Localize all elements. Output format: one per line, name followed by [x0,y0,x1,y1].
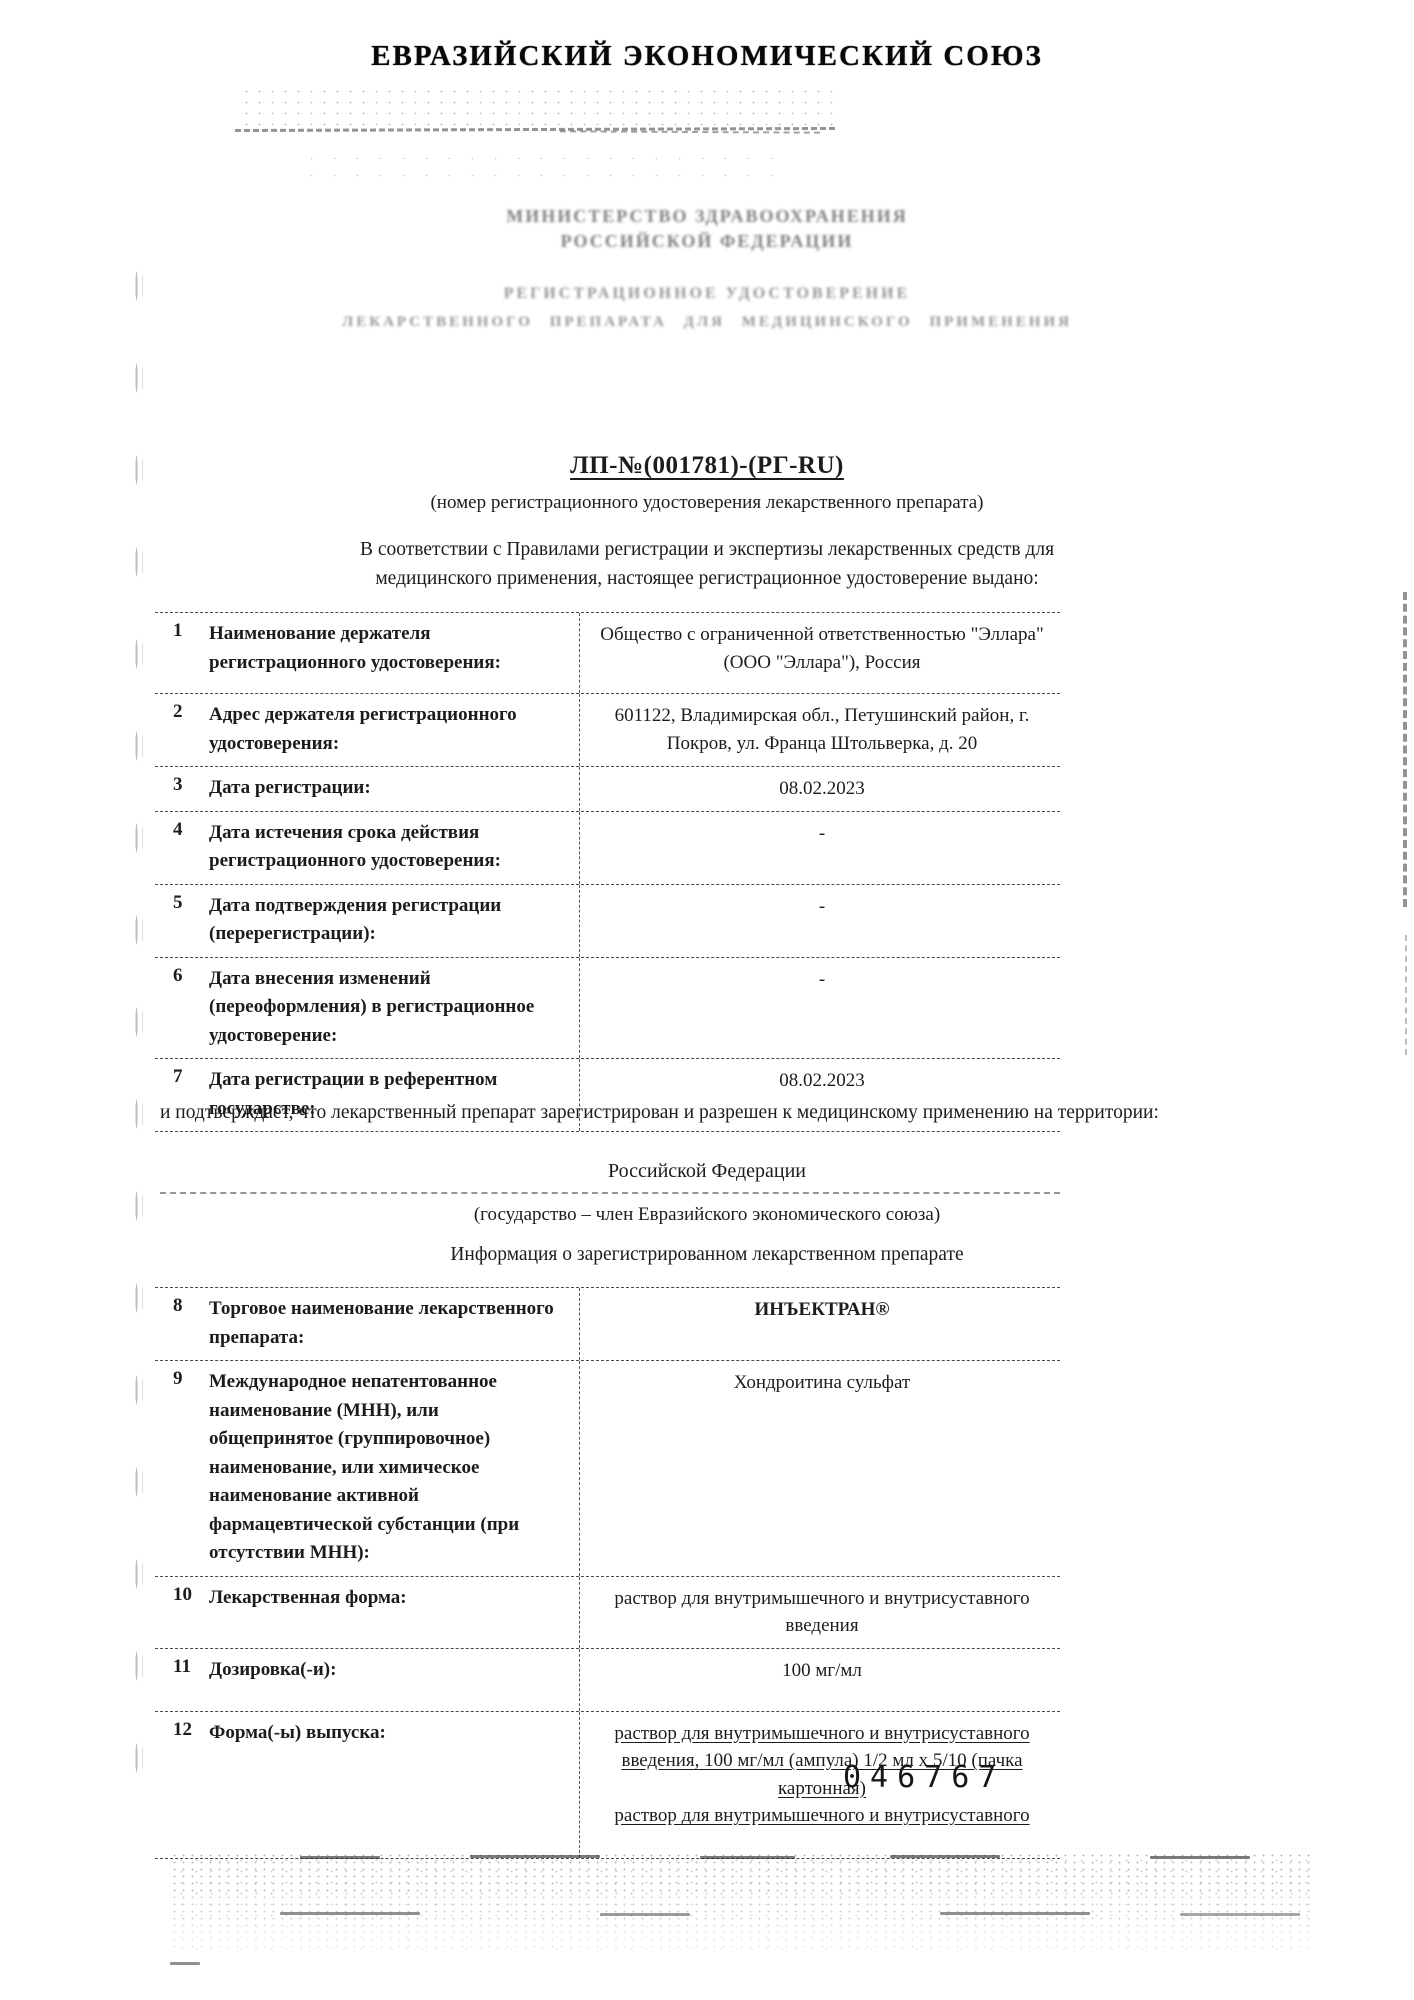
intro-paragraph: В соответствии с Правилами регистрации и… [302,535,1112,594]
table-row: 2 Адрес держателя регистрационного удост… [155,694,1060,767]
stamp-noise-dash [470,1855,600,1858]
row-value: 08.02.2023 [579,767,1060,811]
release-form-value-continued: раствор для внутримышечного и внутрисуст… [594,1802,1050,1830]
info-section-heading: Информация о зарегистрированном лекарств… [0,1244,1414,1266]
faded-ministry-line-2: РОССИЙСКОЙ ФЕДЕРАЦИИ [0,231,1414,252]
table-row: 5 Дата подтверждения регистрации (перере… [155,885,1060,958]
row-label: Форма(-ы) выпуска: [207,1712,579,1858]
stamp-noise-dash [280,1912,420,1915]
row-value: - [579,812,1060,884]
scan-speckle-noise [300,150,780,190]
stamp-noise-dash [170,1962,200,1965]
table-row: 4 Дата истечения срока действия регистра… [155,812,1060,885]
scan-edge-artifact [1405,935,1407,1055]
table-row: 10 Лекарственная форма: раствор для внут… [155,1577,1060,1649]
scan-dashed-line [160,1192,1060,1194]
table-row: 11 Дозировка(-и): 100 мг/мл [155,1649,1060,1712]
faded-ministry-line-1: МИНИСТЕРСТВО ЗДРАВООХРАНЕНИЯ [0,206,1414,227]
table-row: 8 Торговое наименование лекарственного п… [155,1288,1060,1361]
row-label: Лекарственная форма: [207,1577,579,1648]
scan-speckle-noise [240,86,840,132]
row-label: Адрес держателя регистрационного удостов… [207,694,579,766]
row-label: Наименование держателя регистрационного … [207,613,579,693]
registration-number: ЛП-№(001781)-(РГ-RU) [0,452,1414,480]
table-row: 3 Дата регистрации: 08.02.2023 [155,767,1060,812]
faded-certificate-line-2: ЛЕКАРСТВЕННОГО ПРЕПАРАТА ДЛЯ МЕДИЦИНСКОГ… [0,314,1414,331]
row-label: Дата регистрации: [207,767,579,811]
row-value: 100 мг/мл [579,1649,1060,1711]
table-row: 9 Международное непатентованное наименов… [155,1361,1060,1577]
registration-number-caption: (номер регистрационного удостоверения ле… [0,492,1414,514]
row-number: 2 [155,694,207,766]
row-number: 8 [155,1288,207,1360]
row-number: 12 [155,1712,207,1858]
row-label: Дата внесения изменений (переоформления)… [207,958,579,1059]
row-label: Торговое наименование лекарственного пре… [207,1288,579,1360]
row-number: 9 [155,1361,207,1576]
row-label: Дозировка(-и): [207,1649,579,1711]
row-value: раствор для внутримышечного и внутрисуст… [579,1577,1060,1648]
row-value: 601122, Владимирская обл., Петушинский р… [579,694,1060,766]
row-value: - [579,885,1060,957]
holder-table: 1 Наименование держателя регистрационног… [155,612,1060,1132]
table-row: 6 Дата внесения изменений (переоформлени… [155,958,1060,1060]
row-value: - [579,958,1060,1059]
row-value: Хондроитина сульфат [579,1361,1060,1576]
row-number: 3 [155,767,207,811]
stamp-noise-dash [890,1855,1000,1858]
row-number: 4 [155,812,207,884]
stamp-noise-dash [600,1913,690,1916]
row-label: Дата истечения срока действия регистраци… [207,812,579,884]
union-title: ЕВРАЗИЙСКИЙ ЭКОНОМИЧЕСКИЙ СОЮЗ [0,40,1414,73]
territory-name: Российской Федерации [0,1160,1414,1183]
row-number: 1 [155,613,207,693]
row-number: 6 [155,958,207,1059]
row-value: Общество с ограниченной ответственностью… [579,613,1060,693]
scan-margin-noise [133,240,143,1800]
stamp-noise-dash [300,1856,380,1859]
row-number: 5 [155,885,207,957]
faded-certificate-line-1: РЕГИСТРАЦИОННОЕ УДОСТОВЕРЕНИЕ [0,285,1414,303]
row-label: Международное непатентованное наименован… [207,1361,579,1576]
stamp-noise-dash [700,1856,795,1859]
table-row: 1 Наименование держателя регистрационног… [155,613,1060,694]
row-label: Дата подтверждения регистрации (перереги… [207,885,579,957]
stamp-noise-dash [1180,1913,1300,1916]
row-number: 10 [155,1577,207,1648]
row-number: 11 [155,1649,207,1711]
confirmation-paragraph: и подтверждает, что лекарственный препар… [160,1098,1255,1128]
stamp-noise-block [170,1852,1310,1950]
territory-caption: (государство – член Евразийского экономи… [0,1204,1414,1226]
stamp-noise-dash [1150,1856,1250,1859]
stamp-noise-dash [940,1912,1090,1915]
row-value: ИНЪЕКТРАН® [579,1288,1060,1360]
scan-scribble-line-2 [560,130,820,133]
serial-number-stamp: 046767 [843,1760,1005,1795]
scan-edge-artifact [1403,592,1407,907]
certificate-page: ЕВРАЗИЙСКИЙ ЭКОНОМИЧЕСКИЙ СОЮЗ МИНИСТЕРС… [0,0,1414,2000]
